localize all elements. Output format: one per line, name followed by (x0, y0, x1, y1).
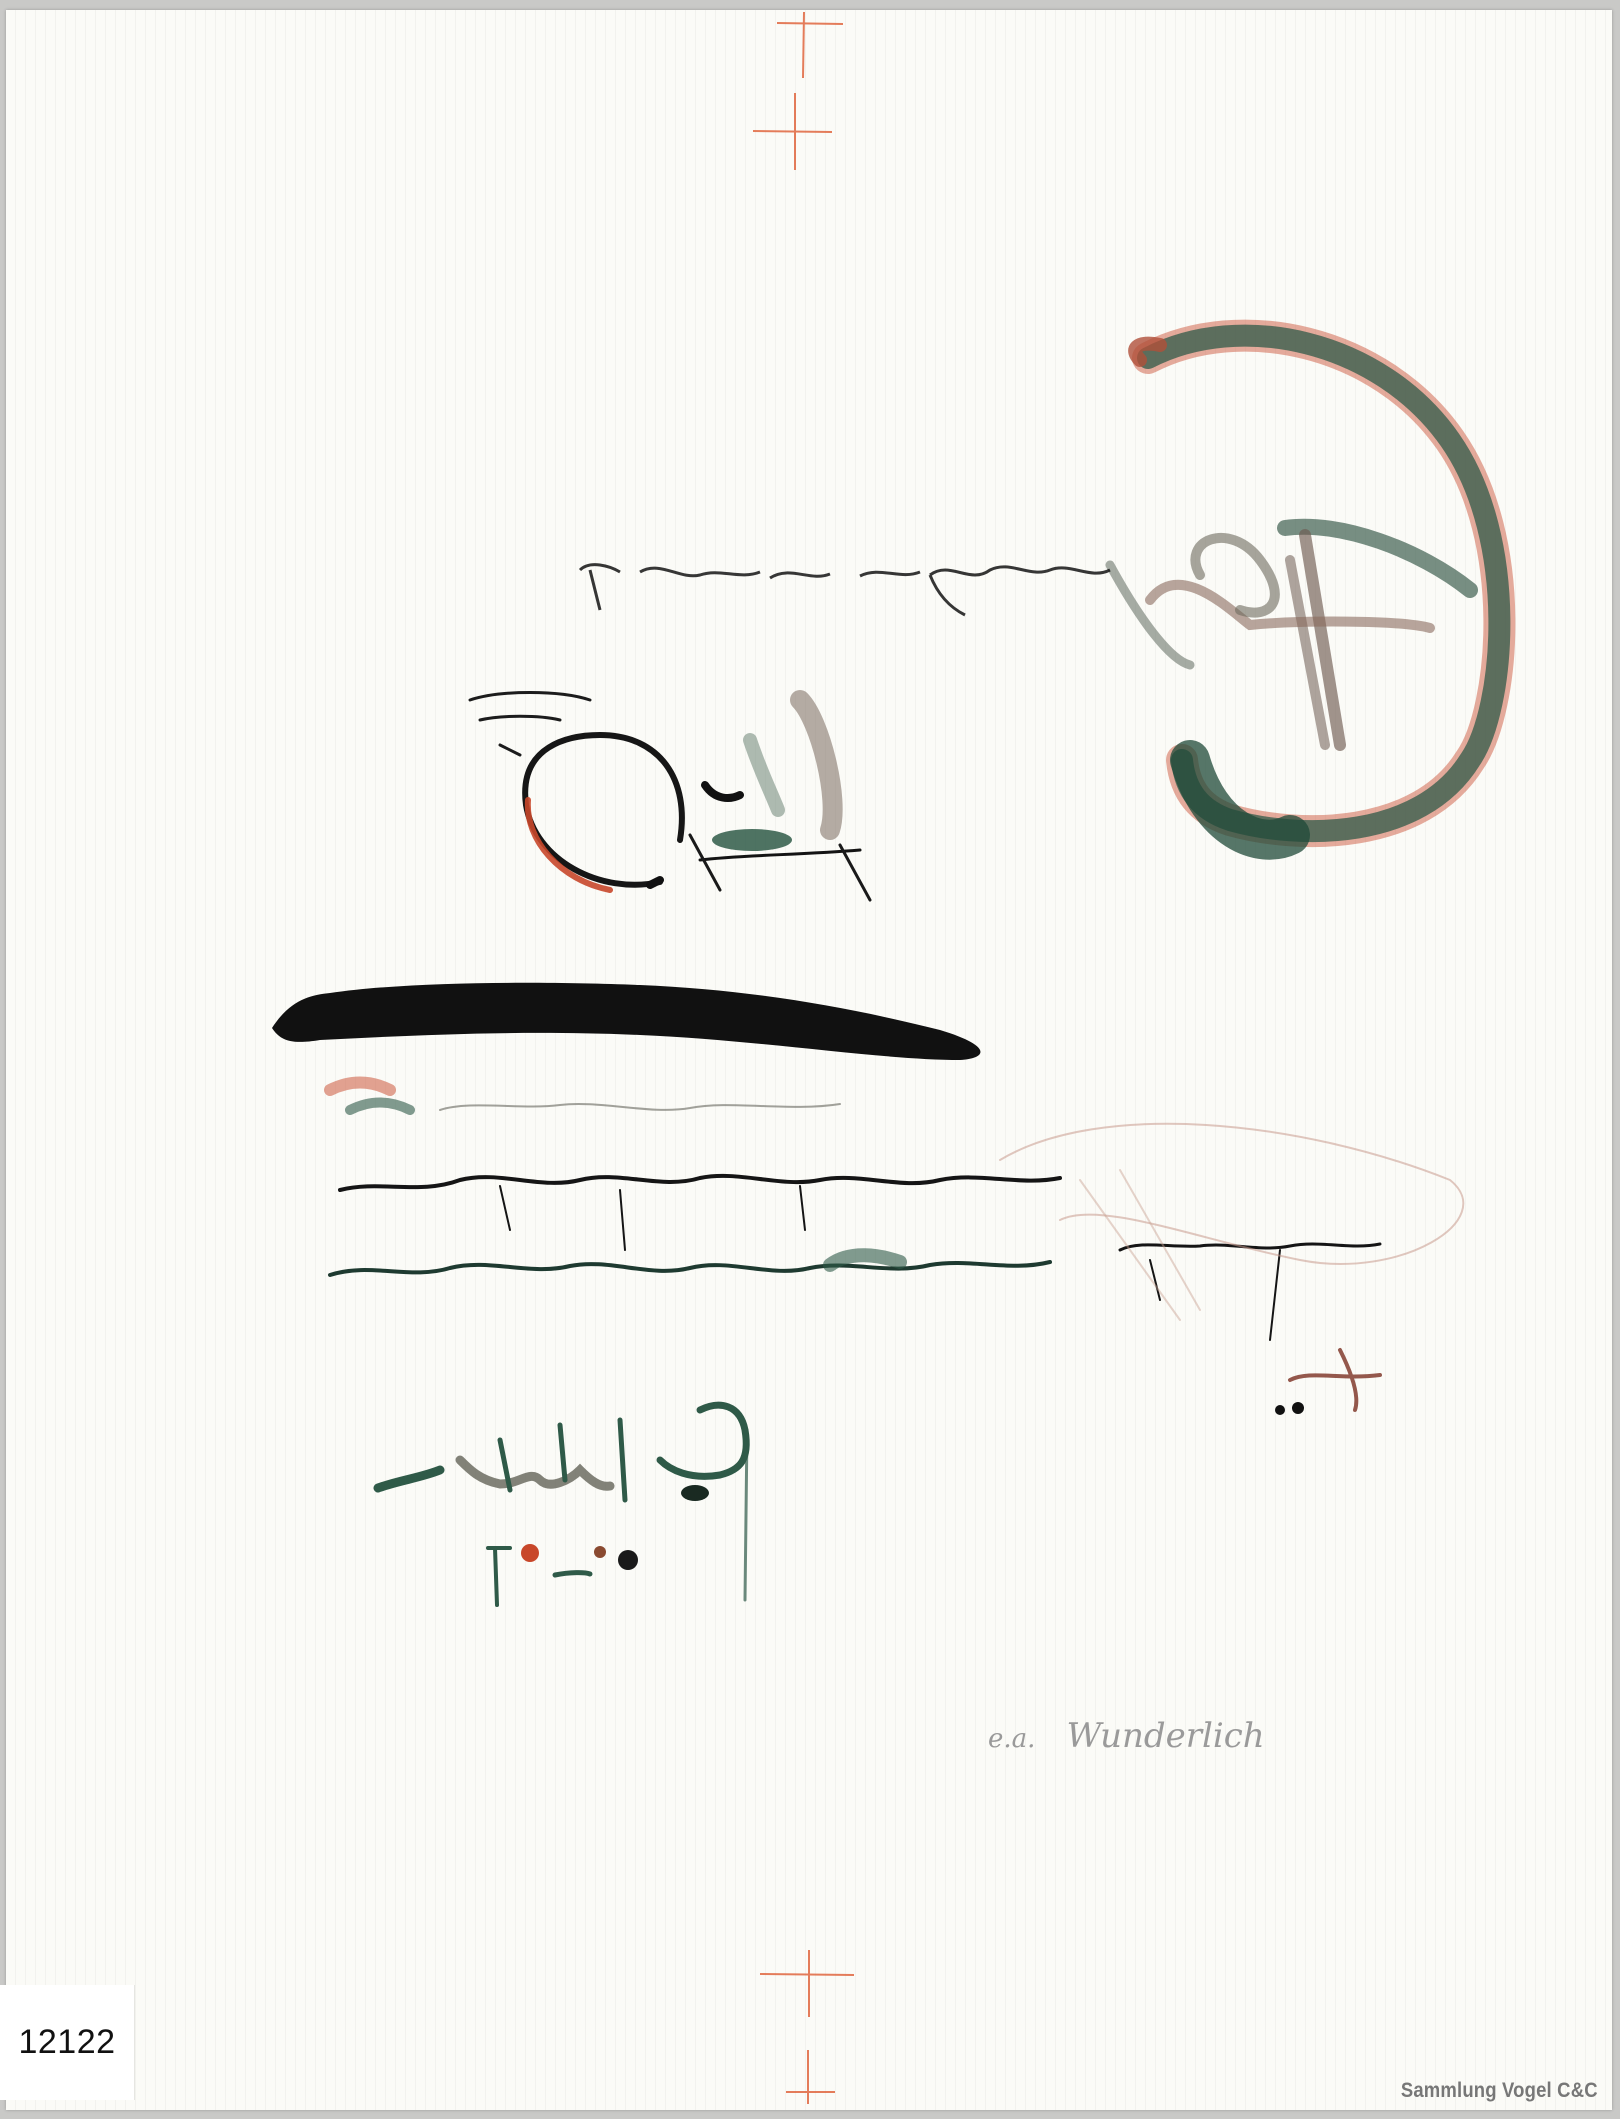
catalog-number: 12122 (18, 2023, 115, 2062)
black-brush-stroke (272, 983, 980, 1060)
large-flourish-letter (1110, 336, 1499, 840)
pencil-signature: Wunderlich (1067, 1716, 1265, 1756)
brush-signature (378, 1405, 1285, 1605)
catalog-number-label: 12122 (0, 1985, 135, 2100)
artwork-canvas (0, 0, 1620, 2119)
crop-mark-bottom (760, 1950, 854, 2104)
pencil-annotation: e.a. Wunderlich (988, 1716, 1265, 1756)
small-circle-group (470, 693, 870, 901)
edition-mark: e.a. (988, 1724, 1035, 1754)
mirror-script-paragraph (330, 1083, 1463, 1415)
collection-watermark: Sammlung Vogel C&C (1401, 2079, 1598, 2103)
mirror-script-line-1 (580, 565, 1110, 615)
crop-mark-top (753, 12, 843, 170)
